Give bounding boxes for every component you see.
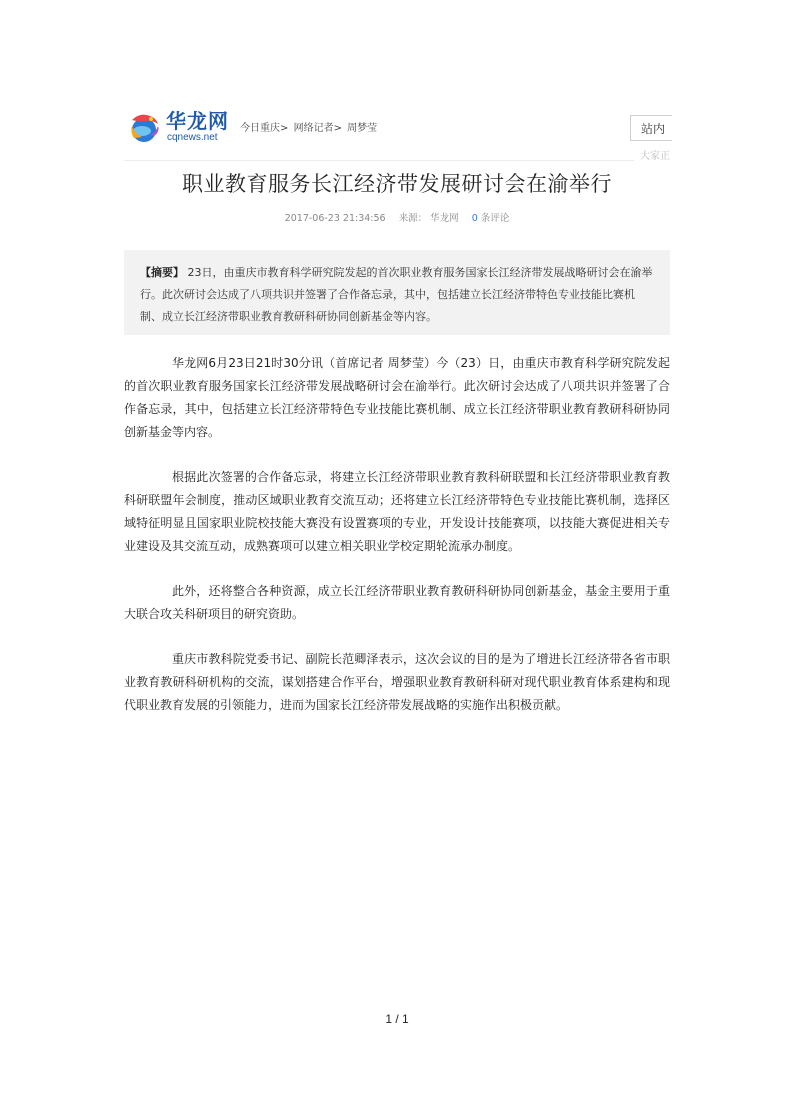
dragon-logo-icon xyxy=(126,110,162,146)
comment-count[interactable]: 0 xyxy=(472,213,478,224)
summary-text: 23日，由重庆市教育科学研究院发起的首次职业教育服务国家长江经济带发展战略研讨会… xyxy=(140,266,653,323)
site-header: 华龙网 cqnews.net 今日重庆> 网络记者> 周梦莹 xyxy=(124,108,670,158)
article-body: 华龙网6月23日21时30分讯（首席记者 周梦莹）今（23）日，由重庆市教育科学… xyxy=(124,352,670,739)
article-meta: 2017-06-23 21:34:56 来源： 华龙网 0 条评论 xyxy=(0,212,794,226)
logo-text-en: cqnews.net xyxy=(167,132,218,144)
article-paragraph: 根据此次签署的合作备忘录，将建立长江经济带职业教育教科研联盟和长江经济带职业教育… xyxy=(124,466,670,558)
article-paragraph: 重庆市教科院党委书记、副院长范卿泽表示，这次会议的目的是为了增进长江经济带各省市… xyxy=(124,648,670,717)
header-divider xyxy=(124,160,634,161)
summary-label: 【摘要】 xyxy=(140,266,184,279)
logo-text-cn: 华龙网 xyxy=(166,110,229,132)
article-paragraph: 华龙网6月23日21时30分讯（首席记者 周梦莹）今（23）日，由重庆市教育科学… xyxy=(124,352,670,444)
comment-label[interactable]: 条评论 xyxy=(481,213,510,224)
breadcrumb-item[interactable]: 今日重庆> xyxy=(240,123,288,134)
article-summary: 【摘要】 23日，由重庆市教育科学研究院发起的首次职业教育服务国家长江经济带发展… xyxy=(124,250,670,335)
article-paragraph: 此外，还将整合各种资源，成立长江经济带职业教育教研科研协同创新基金，基金主要用于… xyxy=(124,580,670,626)
breadcrumb: 今日重庆> 网络记者> 周梦莹 xyxy=(240,122,379,136)
publish-datetime: 2017-06-23 21:34:56 xyxy=(285,213,386,224)
article-title: 职业教育服务长江经济带发展研讨会在渝举行 xyxy=(0,170,794,198)
search-hint: 大家正 xyxy=(640,147,670,162)
source-label: 来源： xyxy=(399,213,428,224)
breadcrumb-item[interactable]: 周梦莹 xyxy=(347,123,377,134)
page-indicator: 1 / 1 xyxy=(0,1012,794,1026)
site-search-scope[interactable]: 站内 xyxy=(630,115,672,141)
breadcrumb-item[interactable]: 网络记者> xyxy=(294,123,342,134)
site-logo[interactable]: 华龙网 cqnews.net xyxy=(124,108,234,148)
document-page: 华龙网 cqnews.net 今日重庆> 网络记者> 周梦莹 站内 大家正 职业… xyxy=(0,0,794,1108)
source-name[interactable]: 华龙网 xyxy=(430,213,459,224)
